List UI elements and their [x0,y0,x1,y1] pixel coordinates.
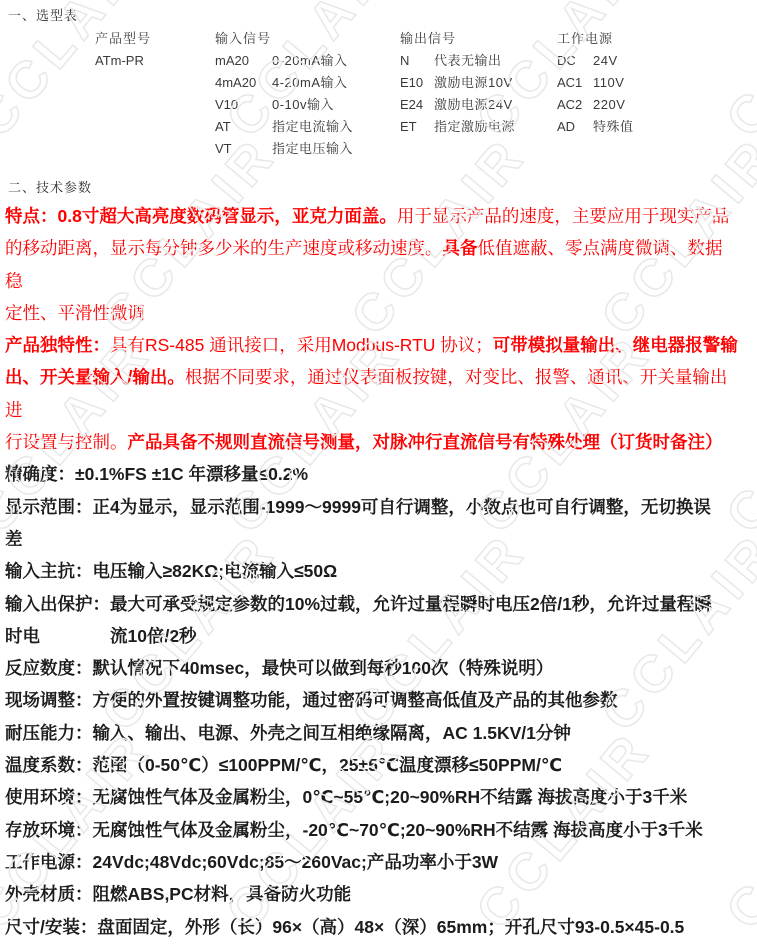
option-desc: 特殊值 [593,116,634,138]
text-segment: 定性、平滑性微调 [5,303,145,323]
option-code: V10 [215,94,272,116]
tech-params-block: 特点：0.8寸超大高亮度数码管显示，亚克力面盖。用于显示产品的速度，主要应用于现… [5,200,757,943]
text-segment: 特点：0.8寸超大高亮度数码管显示，亚克力面盖。 [5,206,397,226]
table-row: E24激励电源24V [400,94,515,116]
option-desc: 24V [593,50,618,72]
text-segment: 反应数度：默认情况下40msec，最快可以做到每秒100次（特殊说明） [5,658,553,678]
column-header: 输入信号 [215,28,353,50]
text-segment: 产品独特性： [5,335,110,355]
table-row: V100-10v输入 [215,94,353,116]
option-code: E10 [400,72,434,94]
table-row: N代表无输出 [400,50,515,72]
tech-param-line: 耐压能力：输入、输出、电源、外壳之间互相绝缘隔离，AC 1.5KV/1分钟 [5,717,757,749]
option-code: N [400,50,434,72]
tech-param-line: 定性、平滑性微调 [5,297,757,329]
selection-column: 工作电源DC24VAC1110VAC2220VAD特殊值 [557,28,634,138]
table-row: E10激励电源10V [400,72,515,94]
option-desc: 220V [593,94,625,116]
text-segment: 显示范围：正4为显示，显示范围-1999～9999可自行调整，小数点也可自行调整… [5,497,711,517]
option-code: ET [400,116,434,138]
table-row: ET指定激励电源 [400,116,515,138]
text-segment: 精确度：±0.1%FS ±1C 年漂移量≤0.2% [5,464,308,484]
column-header: 产品型号 [95,28,151,50]
table-row: VT指定电压输入 [215,138,353,160]
tech-param-line: 特点：0.8寸超大高亮度数码管显示，亚克力面盖。用于显示产品的速度，主要应用于现… [5,200,757,232]
tech-param-line: 显示范围：正4为显示，显示范围-1999～9999可自行调整，小数点也可自行调整… [5,491,757,523]
tech-param-line: 产品独特性：具有RS-485 通讯接口，采用Modbus-RTU 协议；可带模拟… [5,329,757,361]
table-row: AC1110V [557,72,634,94]
option-code: VT [215,138,272,160]
selection-column: 输入信号mA200-20mA输入4mA204-20mA输入V100-10v输入A… [215,28,353,160]
text-segment: 尺寸/安装：盘面固定，外形（长）96×（高）48×（深）65mm；开孔尺寸93-… [5,917,684,937]
option-code: AC1 [557,72,593,94]
option-desc: 110V [593,72,624,94]
option-desc: 0-10v输入 [272,94,334,116]
model-value: ATm-PR [95,50,151,72]
tech-param-line: 现场调整：方便的外置按键调整功能，通过密码可调整高低值及产品的其他参数 [5,684,757,716]
option-desc: 4-20mA输入 [272,72,348,94]
tech-param-line: 输入主抗：电压输入≥82KΩ;电流输入≤50Ω [5,555,757,587]
option-code: AD [557,116,593,138]
tech-param-line: 进 [5,394,757,426]
text-segment: 具有RS-485 通讯接口，采用Modbus-RTU 协议； [110,335,493,355]
option-code: AC2 [557,94,593,116]
text-segment: 根据不同要求，通过仪表面板按键，对变比、报警、通讯、开关量输出 [185,367,728,387]
tech-param-line: 精确度：±0.1%FS ±1C 年漂移量≤0.2% [5,458,757,490]
tech-param-line: 出、开关量输入/输出。根据不同要求，通过仪表面板按键，对变比、报警、通讯、开关量… [5,361,757,393]
option-code: AT [215,116,272,138]
column-header: 输出信号 [400,28,515,50]
tech-param-line: 存放环境：无腐蚀性气体及金属粉尘，-20℃~70℃;20~90%RH不结露 海拔… [5,814,757,846]
tech-param-line: 反应数度：默认情况下40msec，最快可以做到每秒100次（特殊说明） [5,652,757,684]
text-segment: 工作电源：24Vdc;48Vdc;60Vdc;85～260Vac;产品功率小于3… [5,852,498,872]
table-row: AD特殊值 [557,116,634,138]
table-row: DC24V [557,50,634,72]
text-segment: 耐压能力：输入、输出、电源、外壳之间互相绝缘隔离，AC 1.5KV/1分钟 [5,723,571,743]
text-segment: 输入出保护：最大可承受规定参数的10%过载，允许过量程瞬时电压2倍/1秒，允许过… [5,594,712,614]
table-row: 4mA204-20mA输入 [215,72,353,94]
text-segment: 产品具备不规则直流信号测量，对脉冲行直流信号有特殊处理（订货时备注） [128,432,723,452]
text-segment: 用于显示产品的速度，主要应用于现实产品 [397,206,730,226]
tech-param-line: 尺寸/安装：盘面固定，外形（长）96×（高）48×（深）65mm；开孔尺寸93-… [5,911,757,943]
tech-param-line: 输入出保护：最大可承受规定参数的10%过载，允许过量程瞬时电压2倍/1秒，允许过… [5,588,757,620]
text-segment: 低值遮蔽、零点满度微调、数据 [478,238,723,258]
text-segment: 现场调整：方便的外置按键调整功能，通过密码可调整高低值及产品的其他参数 [5,690,618,710]
option-desc: 激励电源10V [434,72,513,94]
tech-param-line: 的移动距离，显示每分钟多少米的生产速度或移动速度。具备低值遮蔽、零点满度微调、数… [5,232,757,264]
selection-column: 产品型号ATm-PR [95,28,151,72]
text-segment: 具备 [443,238,478,258]
option-code: DC [557,50,593,72]
table-row: mA200-20mA输入 [215,50,353,72]
tech-param-line: 稳 [5,265,757,297]
column-header: 工作电源 [557,28,634,50]
option-desc: 指定激励电源 [434,116,515,138]
text-segment: 出、开关量输入/输出。 [5,367,185,387]
tech-param-line: 时电 流10倍/2秒 [5,620,757,652]
option-code: E24 [400,94,434,116]
tech-param-line: 工作电源：24Vdc;48Vdc;60Vdc;85～260Vac;产品功率小于3… [5,846,757,878]
text-segment: 温度系数：范围（0-50℃）≤100PPM/℃，25±5℃温度漂移≤50PPM/… [5,755,562,775]
table-row: AC2220V [557,94,634,116]
text-segment: 时电 流10倍/2秒 [5,626,197,646]
text-segment: 外壳材质：阻燃ABS,PC材料，具备防火功能 [5,884,351,904]
text-segment: 行设置与控制。 [5,432,128,452]
section-title-tech-params: 二、技术参数 [8,177,92,196]
selection-table: 产品型号ATm-PR输入信号mA200-20mA输入4mA204-20mA输入V… [0,28,757,178]
tech-param-line: 外壳材质：阻燃ABS,PC材料，具备防火功能 [5,878,757,910]
tech-param-line: 使用环境：无腐蚀性气体及金属粉尘，0℃~55℃;20~90%RH不结露 海拔高度… [5,781,757,813]
option-desc: 0-20mA输入 [272,50,348,72]
text-segment: 使用环境：无腐蚀性气体及金属粉尘，0℃~55℃;20~90%RH不结露 海拔高度… [5,787,687,807]
option-desc: 指定电流输入 [272,116,353,138]
option-desc: 激励电源24V [434,94,513,116]
text-segment: 可带模拟量输出、继电器报警输 [493,335,738,355]
tech-param-line: 差 [5,523,757,555]
text-segment: 稳 [5,271,23,291]
option-desc: 代表无输出 [434,50,502,72]
option-code: mA20 [215,50,272,72]
section-title-selection: 一、选型表 [8,5,78,24]
option-desc: 指定电压输入 [272,138,353,160]
text-segment: 的移动距离，显示每分钟多少米的生产速度或移动速度。 [5,238,443,258]
text-segment: 进 [5,400,23,420]
text-segment: 输入主抗：电压输入≥82KΩ;电流输入≤50Ω [5,561,337,581]
text-segment: 存放环境：无腐蚀性气体及金属粉尘，-20℃~70℃;20~90%RH不结露 海拔… [5,820,703,840]
tech-param-line: 温度系数：范围（0-50℃）≤100PPM/℃，25±5℃温度漂移≤50PPM/… [5,749,757,781]
selection-column: 输出信号N代表无输出E10激励电源10VE24激励电源24VET指定激励电源 [400,28,515,138]
option-code: 4mA20 [215,72,272,94]
tech-param-line: 行设置与控制。产品具备不规则直流信号测量，对脉冲行直流信号有特殊处理（订货时备注… [5,426,757,458]
datasheet-page: 一、选型表 产品型号ATm-PR输入信号mA200-20mA输入4mA204-2… [0,0,757,947]
text-segment: 差 [5,529,23,549]
table-row: AT指定电流输入 [215,116,353,138]
